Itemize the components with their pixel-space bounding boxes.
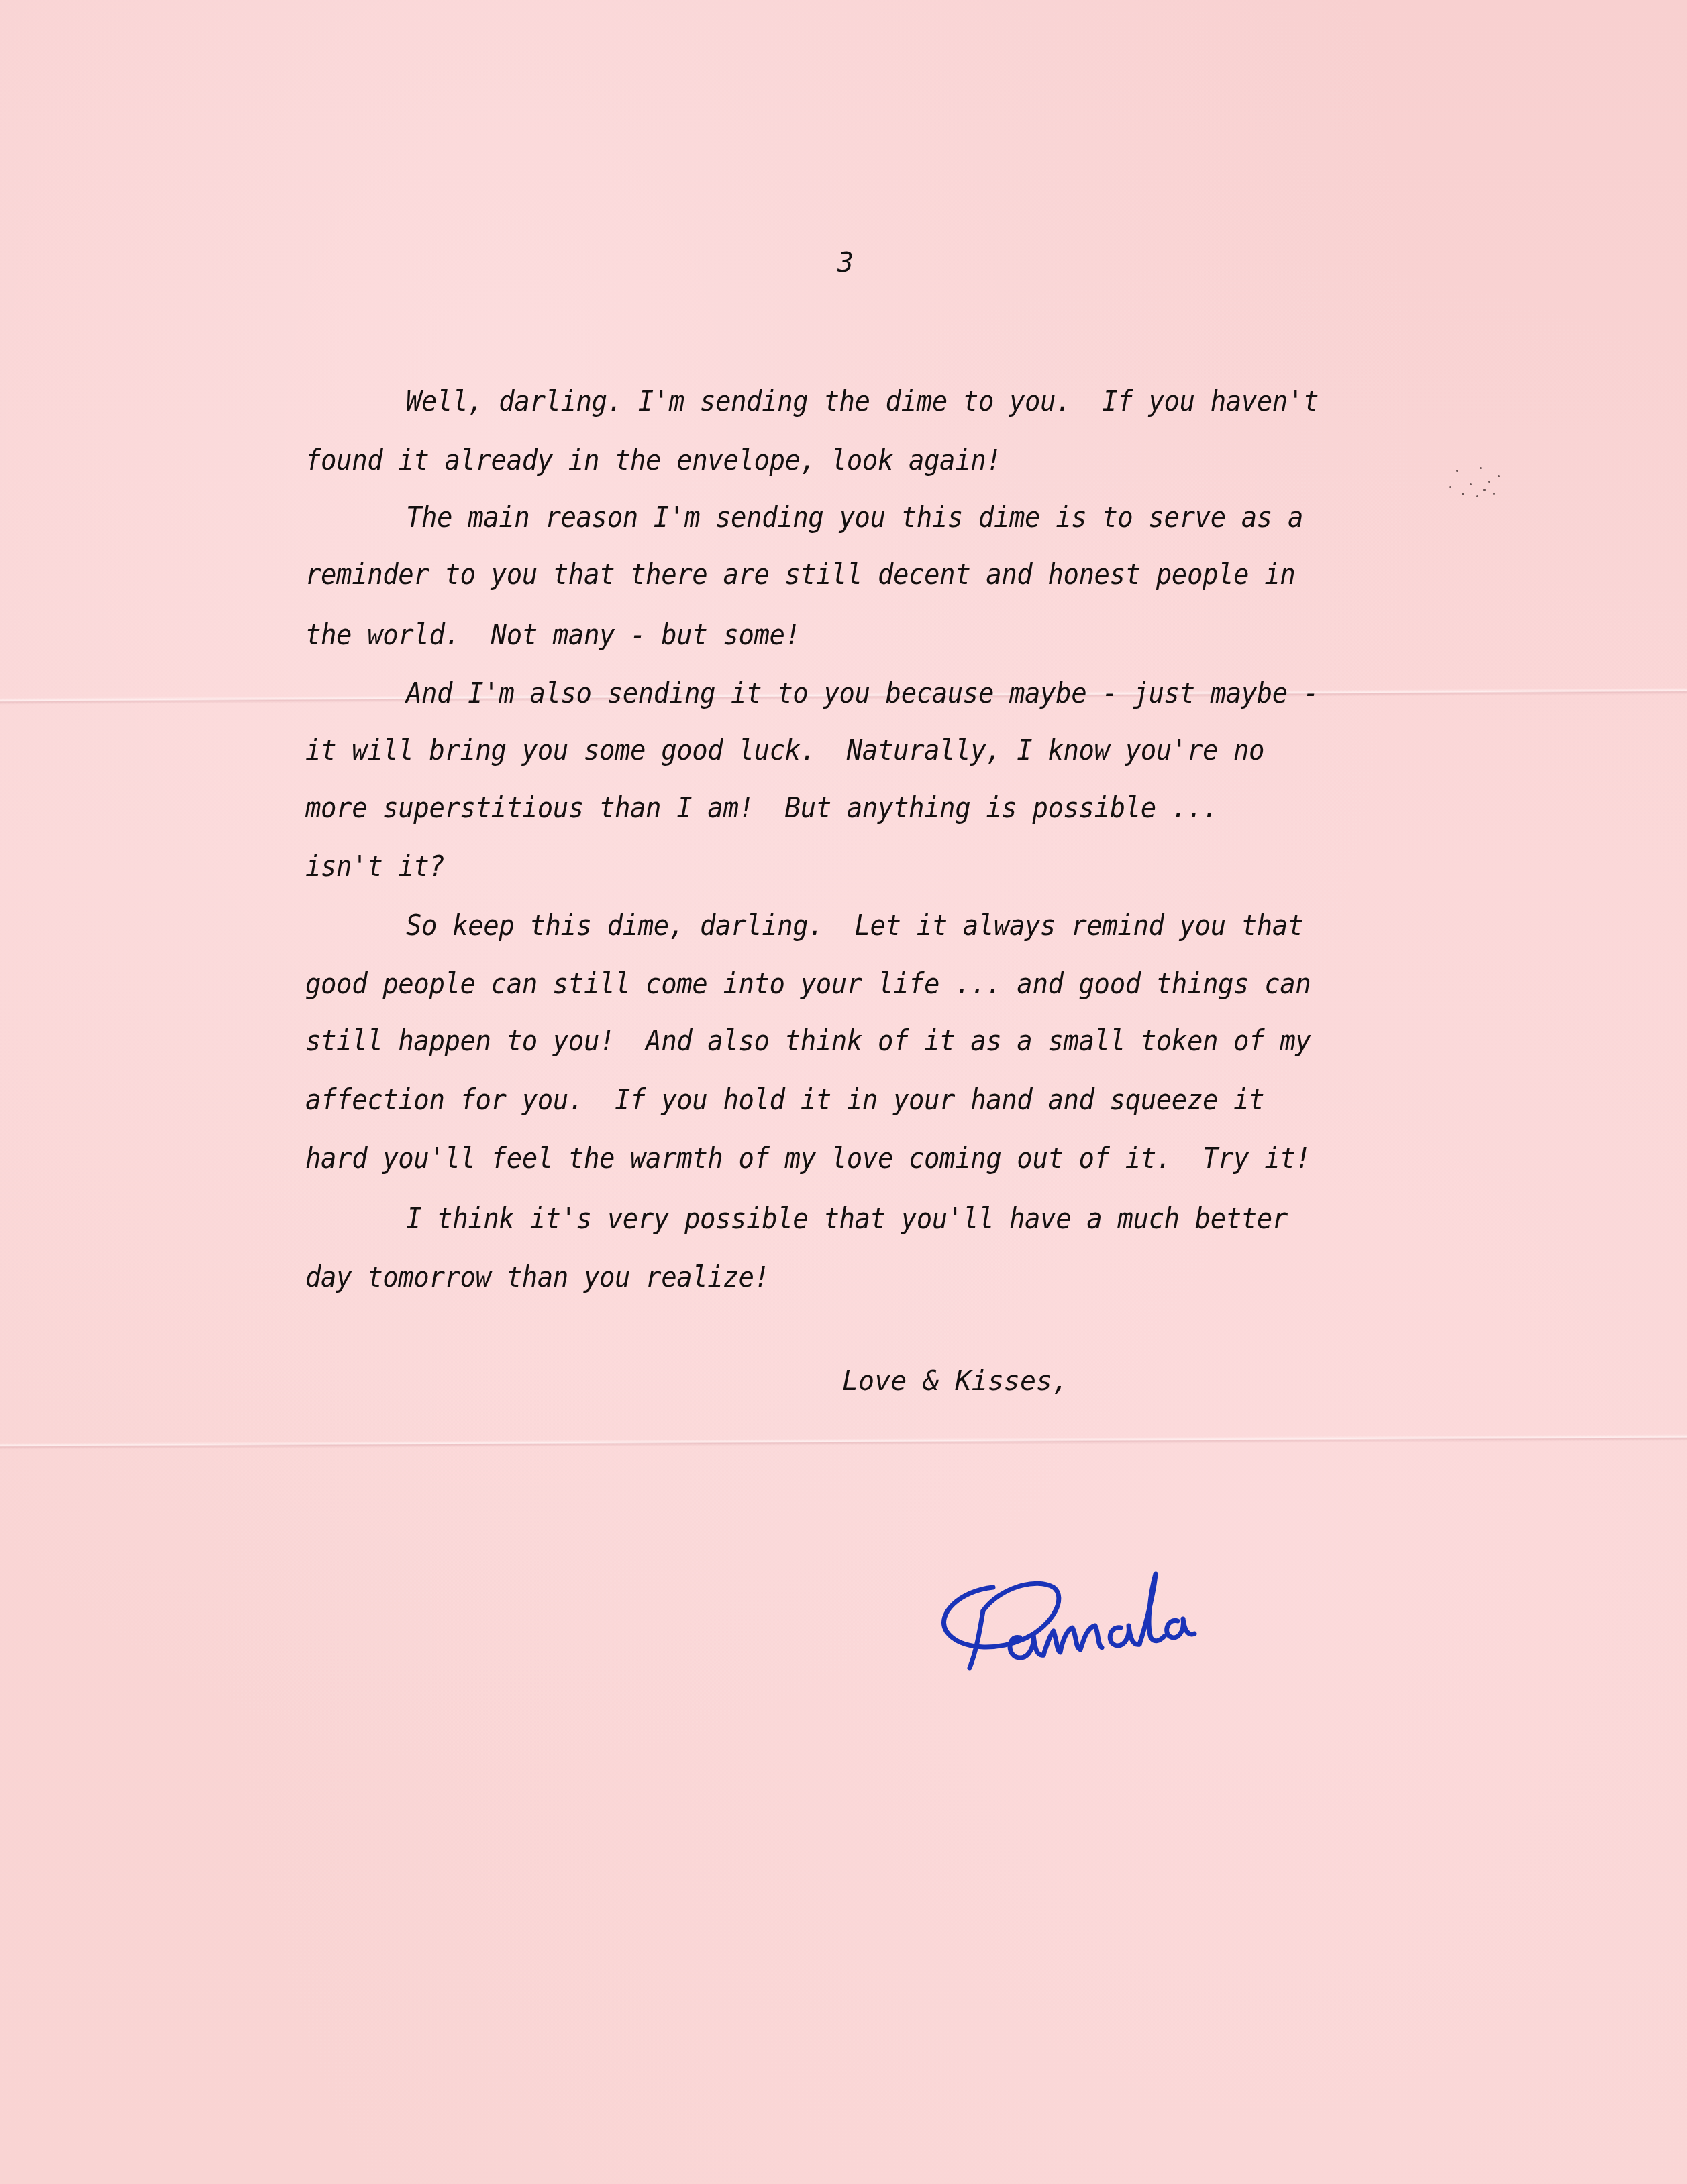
letter-line: found it already in the envelope, look a… [305,446,1001,475]
letter-line: The main reason I'm sending you this dim… [406,503,1303,532]
handwritten-signature [919,1550,1201,1685]
letter-line: still happen to you! And also think of i… [305,1027,1311,1055]
letter-line: hard you'll feel the warmth of my love c… [305,1144,1311,1173]
letter-line: So keep this dime, darling. Let it alway… [406,911,1303,940]
letter-line: reminder to you that there are still dec… [305,560,1295,589]
letter-line: day tomorrow than you realize! [305,1263,770,1291]
letter-closing: Love & Kisses, [842,1366,1068,1397]
letter-line: Well, darling. I'm sending the dime to y… [406,387,1319,415]
letter-line: And I'm also sending it to you because m… [406,679,1319,707]
letter-page: 3 Well, darling. I'm sending the dime to… [0,0,1687,2184]
letter-line: I think it's very possible that you'll h… [406,1205,1288,1233]
letter-line: affection for you. If you hold it in you… [305,1086,1264,1114]
ink-specks [1443,463,1503,503]
letter-line: it will bring you some good luck. Natura… [305,736,1264,764]
letter-line: more superstitious than I am! But anythi… [305,794,1218,822]
letter-line: good people can still come into your lif… [305,970,1311,998]
paper-fold-line [0,1434,1687,1450]
page-number: 3 [837,250,854,277]
letter-line: the world. Not many - but some! [305,621,801,649]
letter-line: isn't it? [305,852,444,881]
